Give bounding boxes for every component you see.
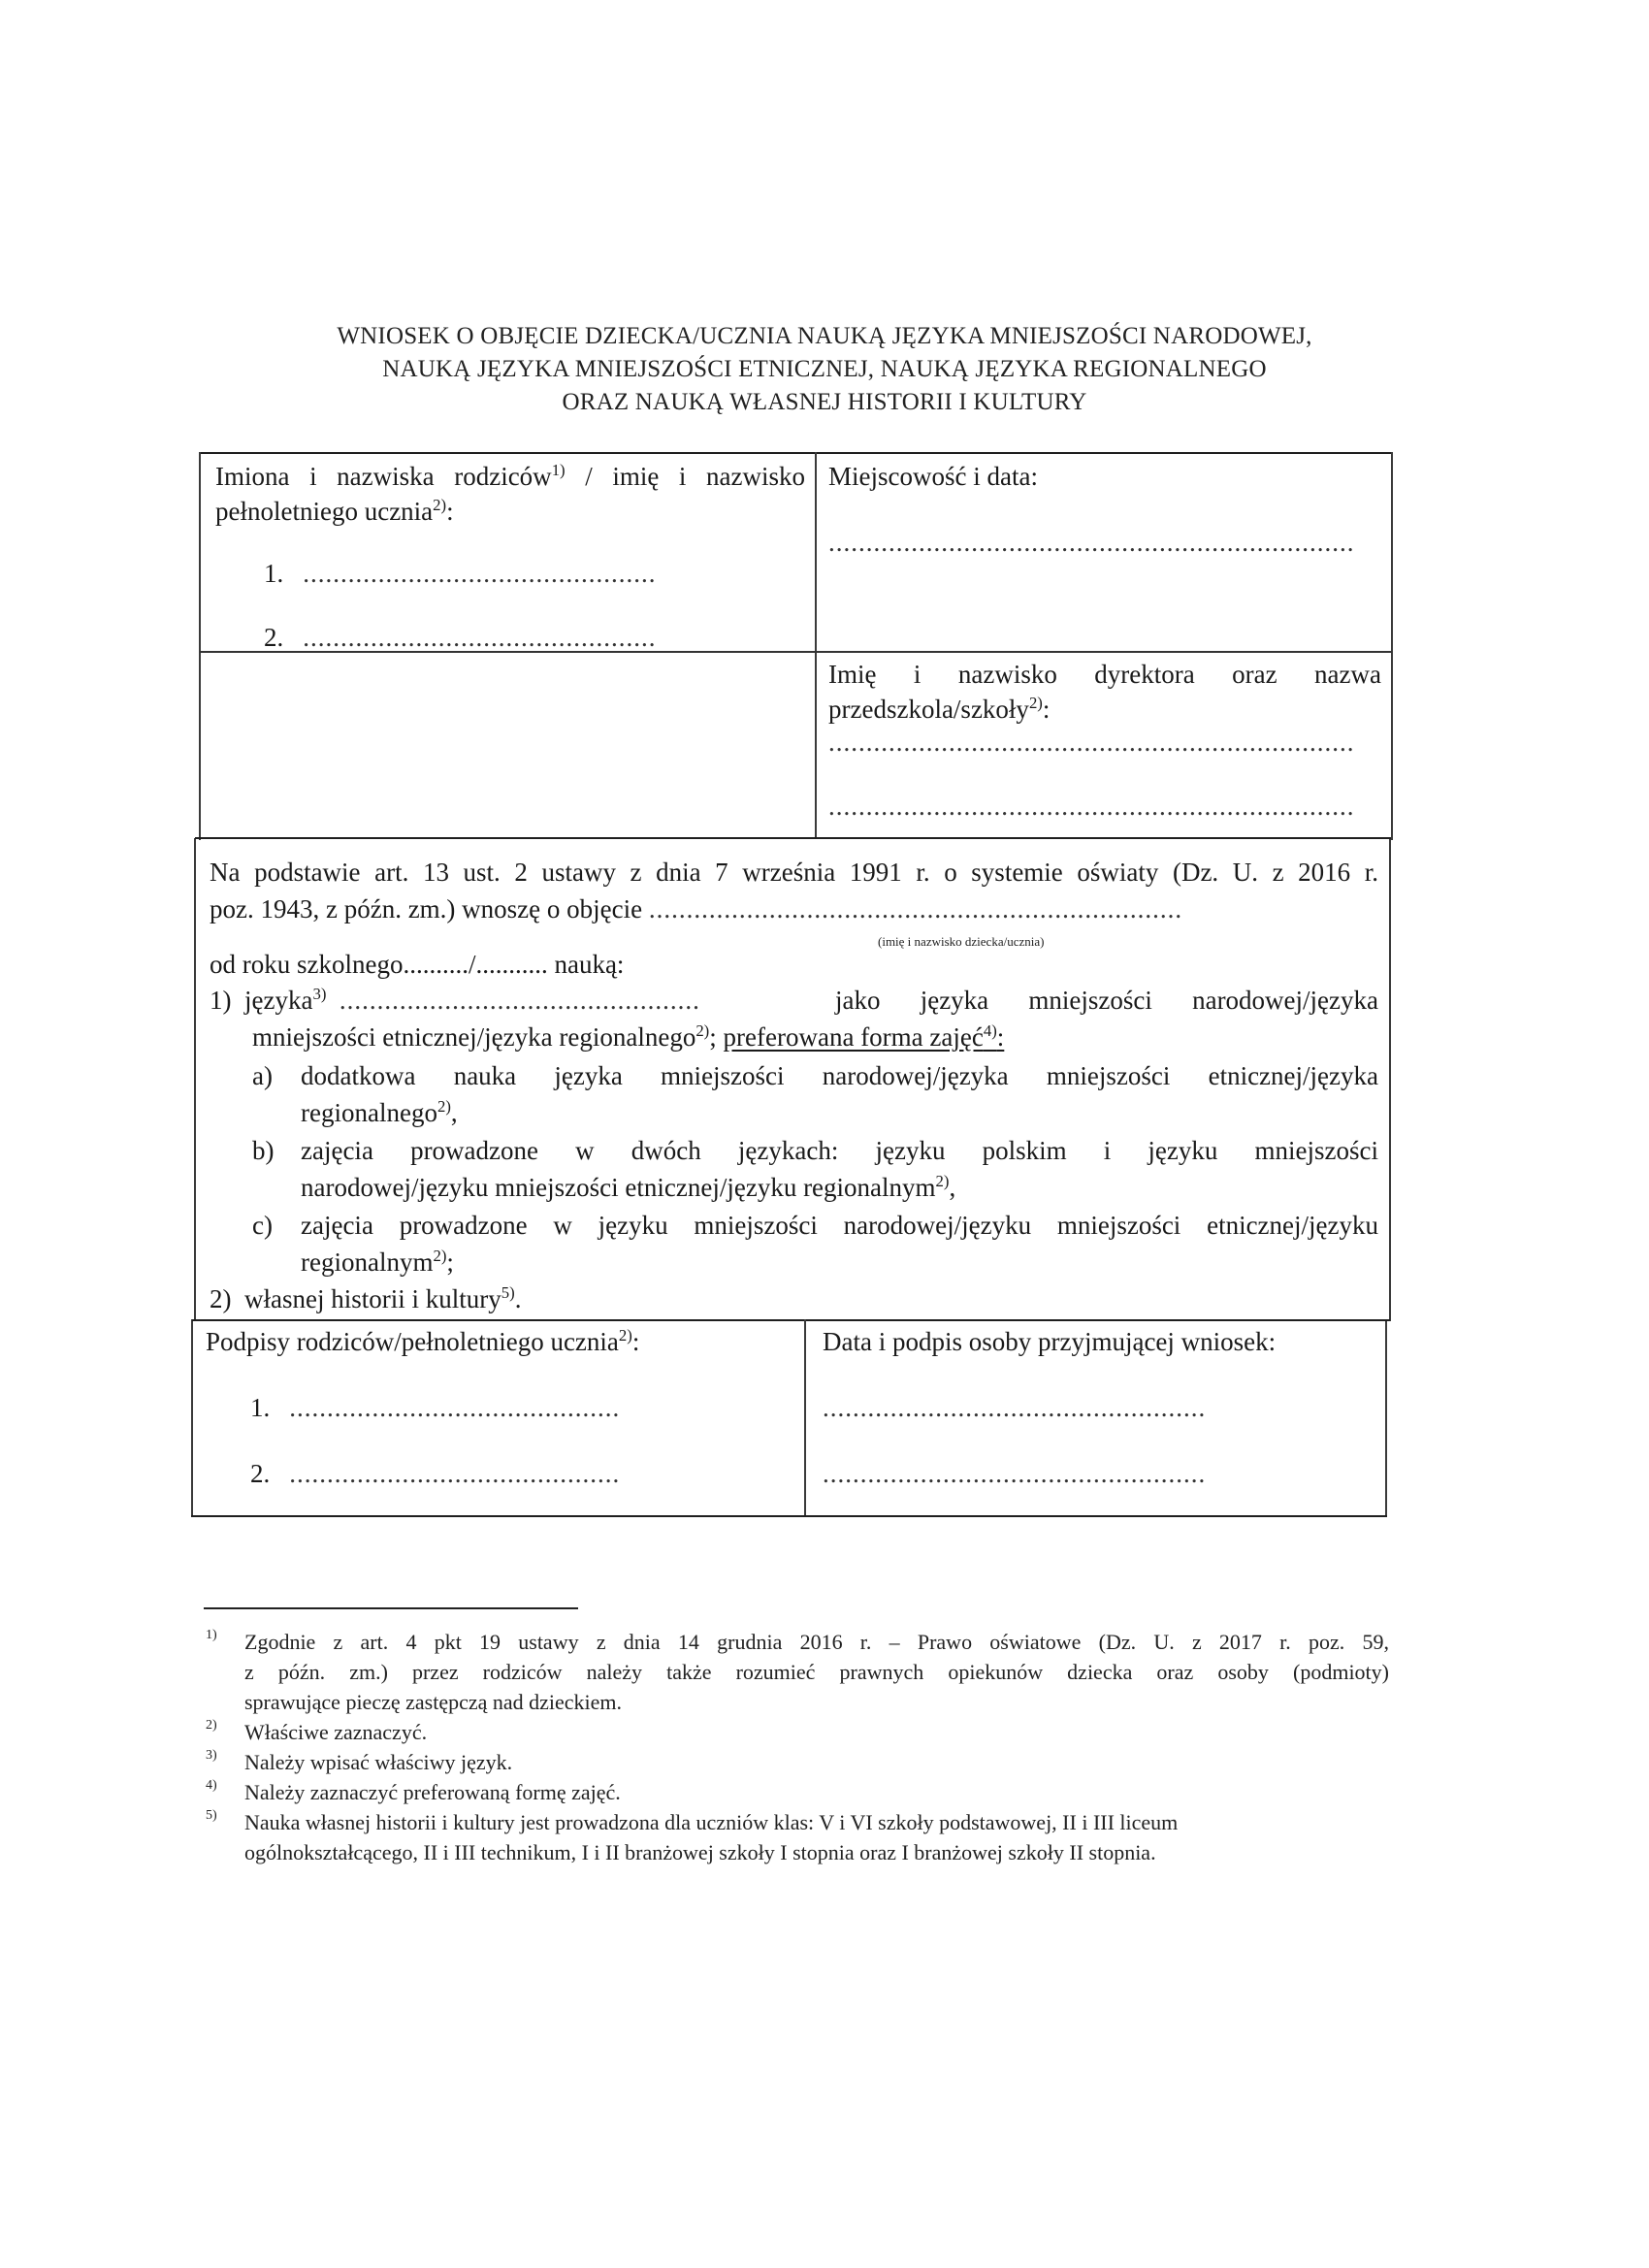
footnote-3: 3) Należy wpisać właściwy język. [206,1747,512,1777]
parent-entry-2[interactable]: 2.......................................… [264,619,657,656]
table-row-separator-3 [192,1319,1390,1321]
footnote-5: 5) Nauka własnej historii i kultury jest… [206,1807,1389,1867]
place-date-field[interactable]: ........................................… [828,524,1355,561]
table-row-separator-2 [195,837,1391,839]
table-border-right-middle [1389,838,1391,1321]
table-border-right-upper [1391,452,1393,840]
director-label-line-2: przedszkola/szkoły2): [828,691,1050,728]
option-a-line-2: regionalnego2), [301,1094,458,1131]
director-label-line-1: Imię i nazwisko dyrektora oraz nazwa [828,656,1381,693]
option-a-letter[interactable]: a) [252,1057,273,1094]
receiver-signature-label: Data i podpis osoby przyjmującej wniosek… [823,1323,1276,1360]
receiver-signature-field-2[interactable]: ........................................… [823,1455,1206,1492]
receiver-signature-field-1[interactable]: ........................................… [823,1389,1206,1426]
option-b-line-2: narodowej/języku mniejszości etnicznej/j… [301,1169,955,1206]
table-border-right-lower [1385,1319,1387,1517]
footnote-1: 1) Zgodnie z art. 4 pkt 19 ustawy z dnia… [206,1627,1389,1717]
parent-signature-2[interactable]: 2.......................................… [250,1455,620,1492]
parent-entry-1[interactable]: 1.......................................… [264,555,657,592]
option-a-line-1[interactable]: dodatkowa nauka języka mniejszości narod… [301,1057,1378,1094]
parent-signature-1[interactable]: 1.......................................… [250,1389,620,1426]
table-border-bottom [191,1515,1387,1517]
table-divider-lower [804,1319,806,1517]
table-border-left-middle [194,838,196,1321]
title-line-3: ORAZ NAUKĄ WŁASNEJ HISTORII I KULTURY [0,386,1649,419]
request-line-2: poz. 1943, z późn. zm.) wnoszę o objęcie… [210,891,1182,927]
option-c-line-2: regionalnym2); [301,1244,454,1280]
request-line-1: Na podstawie art. 13 ust. 2 ustawy z dni… [210,854,1378,891]
school-year-line[interactable]: od roku szkolnego........../........... … [210,946,624,983]
option-c-line-1[interactable]: zajęcia prowadzone w języku mniejszości … [301,1207,1378,1244]
director-field-1[interactable]: ........................................… [828,724,1355,761]
table-border-left-upper [199,452,201,840]
title-line-2: NAUKĄ JĘZYKA MNIEJSZOŚCI ETNICZNEJ, NAUK… [0,353,1649,386]
director-field-2[interactable]: ........................................… [828,788,1355,825]
option-b-line-1[interactable]: zajęcia prowadzone w dwóch językach: jęz… [301,1132,1378,1169]
item-2[interactable]: 2) własnej historii i kultury5). [210,1280,521,1317]
table-border-left-lower [191,1319,193,1517]
footnote-separator [204,1607,578,1609]
parents-label-line-2: pełnoletniego ucznia2): [215,493,454,530]
place-date-label: Miejscowość i data: [828,458,1038,495]
option-c-letter[interactable]: c) [252,1207,273,1244]
table-border-top [200,452,1392,454]
language-field[interactable]: ........................................… [339,986,700,1015]
item-1-line-1: 1) języka3) ............................… [210,982,1378,1019]
parents-signatures-label: Podpisy rodziców/pełnoletniego ucznia2): [206,1323,639,1360]
table-divider-upper [815,452,817,838]
parents-label-line-1: Imiona i nazwiska rodziców1) / imię i na… [215,458,805,495]
child-name-hint: (imię i nazwisko dziecka/ucznia) [878,934,1044,950]
title-line-1: WNIOSEK O OBJĘCIE DZIECKA/UCZNIA NAUKĄ J… [0,320,1649,353]
option-b-letter[interactable]: b) [252,1132,275,1169]
document-title: WNIOSEK O OBJĘCIE DZIECKA/UCZNIA NAUKĄ J… [0,320,1649,419]
child-name-field[interactable]: ........................................… [649,894,1182,923]
item-1-line-2: mniejszości etnicznej/języka regionalneg… [252,1019,1004,1055]
footnote-4: 4) Należy zaznaczyć preferowaną formę za… [206,1777,621,1807]
footnote-2: 2) Właściwe zaznaczyć. [206,1717,427,1747]
